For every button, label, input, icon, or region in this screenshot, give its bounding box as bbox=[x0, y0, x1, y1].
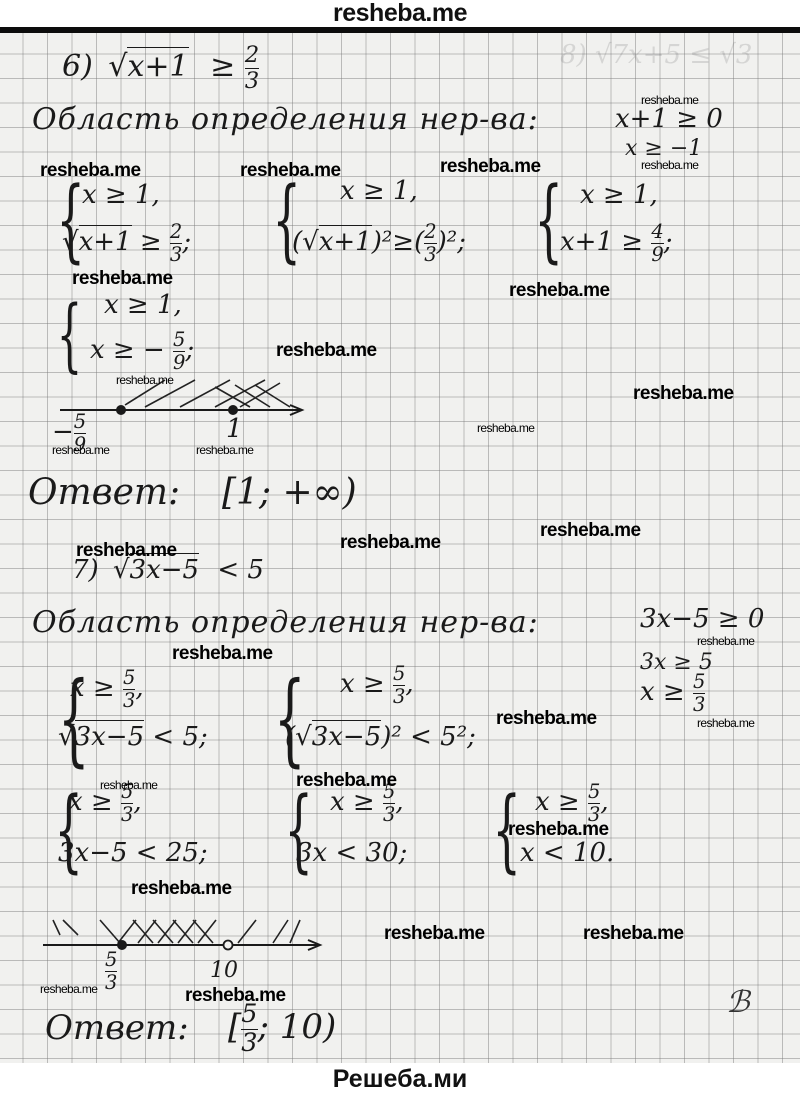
axis-label-5-3: 53 bbox=[105, 950, 117, 992]
answer-value: [53; 10) bbox=[228, 1002, 336, 1056]
show-through-text: 8) √7x+5 ≤ √3 bbox=[560, 40, 752, 70]
site-header: resheba.me bbox=[0, 0, 800, 27]
system4-line1: x ≥ 1, bbox=[104, 290, 182, 320]
system4-line2: 3x < 30; bbox=[296, 838, 407, 868]
watermark: resheba.me bbox=[196, 443, 253, 457]
point-5-3 bbox=[117, 940, 127, 950]
number-line-problem-7 bbox=[38, 915, 338, 955]
system2-line1: x ≥ 53, bbox=[340, 664, 414, 706]
axis-label-10: 10 bbox=[210, 958, 238, 983]
domain-label: Область определения нер-ва: bbox=[32, 605, 539, 640]
system1-line1: x ≥ 1, bbox=[82, 180, 160, 210]
system1-line1: x ≥ 53, bbox=[70, 668, 144, 710]
domain-step-1: x+1 ≥ 0 bbox=[615, 104, 723, 134]
watermark: resheba.me bbox=[496, 708, 597, 730]
system5-line1: x ≥ 53, bbox=[535, 782, 609, 824]
watermark: resheba.me bbox=[131, 878, 232, 900]
watermark: resheba.me bbox=[100, 778, 157, 792]
watermark: resheba.me bbox=[583, 923, 684, 945]
watermark: resheba.me bbox=[508, 819, 609, 841]
watermark: resheba.me bbox=[76, 540, 177, 562]
fraction: 23 bbox=[245, 44, 259, 92]
watermark: resheba.me bbox=[172, 643, 273, 665]
system2-line1: x ≥ 1, bbox=[340, 176, 418, 206]
system2-line2: (√x+1)²≥(23)²; bbox=[292, 222, 466, 264]
watermark: resheba.me bbox=[72, 268, 173, 290]
radicand: x+1 bbox=[127, 47, 188, 84]
watermark: resheba.me bbox=[384, 923, 485, 945]
domain-step-1: 3x−5 ≥ 0 bbox=[640, 604, 764, 634]
watermark: resheba.me bbox=[440, 156, 541, 178]
system4-line2: x ≥ − 59; bbox=[90, 330, 194, 372]
watermark: resheba.me bbox=[52, 443, 109, 457]
problem-6-statement: 6) √x+1 ≥ 23 bbox=[62, 44, 259, 92]
system1-line2: √3x−5 < 5; bbox=[58, 722, 208, 752]
watermark: resheba.me bbox=[477, 421, 534, 435]
answer-label: Ответ: bbox=[45, 1008, 189, 1048]
watermark: resheba.me bbox=[340, 532, 441, 554]
watermark: resheba.me bbox=[641, 158, 698, 172]
system3-line2: 3x−5 < 25; bbox=[58, 838, 208, 868]
watermark: resheba.me bbox=[697, 634, 754, 648]
system-brace: { bbox=[534, 168, 563, 273]
domain-label: Область определения нер-ва: bbox=[32, 102, 539, 137]
watermark: resheba.me bbox=[509, 280, 610, 302]
domain-step-3: x ≥ 53 bbox=[640, 672, 705, 714]
watermark: resheba.me bbox=[185, 985, 286, 1007]
watermark: resheba.me bbox=[40, 982, 97, 996]
watermark: resheba.me bbox=[641, 93, 698, 107]
point-minus-5-9 bbox=[116, 405, 126, 415]
watermark: resheba.me bbox=[633, 383, 734, 405]
watermark: resheba.me bbox=[296, 770, 397, 792]
axis-label-1: 1 bbox=[226, 414, 243, 444]
point-10 bbox=[224, 941, 233, 950]
watermark: resheba.me bbox=[540, 520, 641, 542]
system2-line2: (√3x−5)² < 5²; bbox=[285, 722, 476, 752]
problem-number: 6) bbox=[62, 49, 93, 84]
system-brace: { bbox=[274, 660, 306, 777]
watermark: resheba.me bbox=[116, 373, 173, 387]
system3-line2: x+1 ≥ 49; bbox=[560, 222, 673, 264]
inequality-sign: ≥ bbox=[210, 49, 235, 84]
answer-label: Ответ: bbox=[28, 472, 180, 513]
watermark: resheba.me bbox=[40, 160, 141, 182]
system1-line2: √x+1 ≥ 23; bbox=[62, 222, 191, 264]
watermark: resheba.me bbox=[240, 160, 341, 182]
watermark: resheba.me bbox=[276, 340, 377, 362]
watermark: resheba.me bbox=[697, 716, 754, 730]
answer-value: [1; +∞) bbox=[222, 472, 357, 513]
system5-line2: x < 10. bbox=[520, 838, 614, 868]
system-brace: { bbox=[57, 288, 82, 381]
teacher-signature: ℬ bbox=[726, 985, 750, 1020]
system3-line1: x ≥ 1, bbox=[580, 180, 658, 210]
site-footer: Решеба.ми bbox=[0, 1063, 800, 1095]
number-line-problem-6 bbox=[55, 375, 315, 425]
